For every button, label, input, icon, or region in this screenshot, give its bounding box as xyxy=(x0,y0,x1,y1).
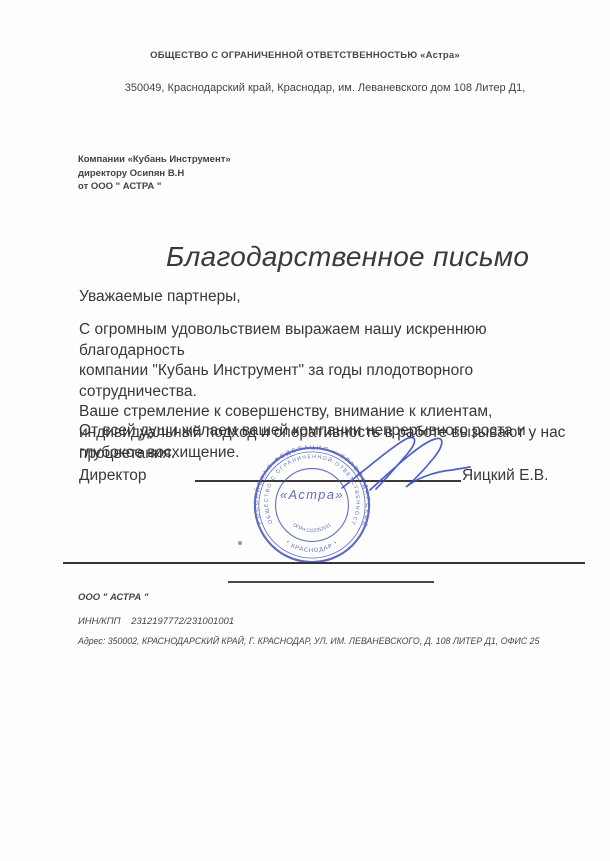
footer-inn-kpp: ИНН/КПП 2312197772/231001001 xyxy=(78,616,234,627)
svg-text:ОГРН 1122312011: ОГРН 1122312011 xyxy=(292,522,333,534)
seal-ogrn-text: ОГРН 1122312011 xyxy=(292,522,333,534)
header-company-name: ОБЩЕСТВО С ОГРАНИЧЕННОЙ ОТВЕТСТВЕННОСТЬЮ… xyxy=(0,50,610,61)
seal-city-text: * КРАСНОДАР * xyxy=(284,540,339,554)
footer-company-name: ООО " АСТРА " xyxy=(78,592,148,603)
ink-speck xyxy=(238,541,242,545)
header-company-address: 350049, Краснодарский край, Краснодар, и… xyxy=(20,82,610,94)
svg-text:* КРАСНОДАР *: * КРАСНОДАР * xyxy=(284,540,339,554)
divider-short xyxy=(228,581,434,583)
director-label: Директор xyxy=(79,467,147,485)
recipient-block: Компании «Кубань Инструмент» директору О… xyxy=(78,153,231,194)
greeting-line: Уважаемые партнеры, xyxy=(79,288,241,306)
letter-title: Благодарственное письмо xyxy=(166,241,529,273)
footer-company-address: Адрес: 350002, КРАСНОДАРСКИЙ КРАЙ, Г. КР… xyxy=(78,636,539,646)
handwritten-signature-icon xyxy=(332,430,478,496)
document-page: ОБЩЕСТВО С ОГРАНИЧЕННОЙ ОТВЕТСТВЕННОСТЬЮ… xyxy=(0,0,610,861)
divider-full-width xyxy=(63,562,585,564)
